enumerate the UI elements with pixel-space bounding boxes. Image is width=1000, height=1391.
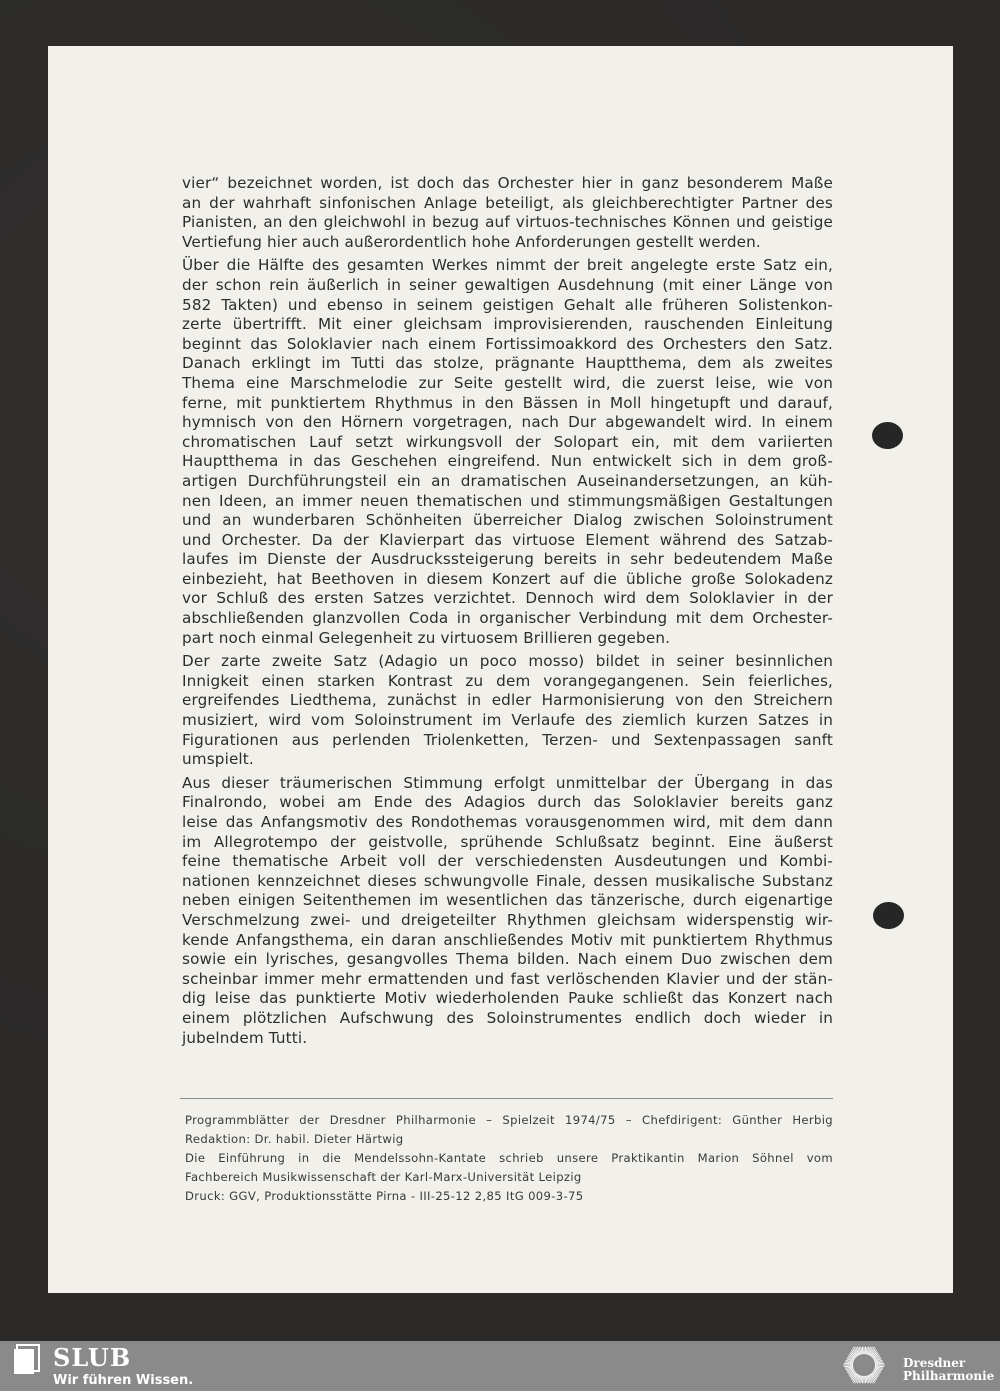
text-line: ferne, mit punktiertem Rhythmus in den B… [182, 394, 833, 414]
text-line: beginnt das Soloklavier nach einem Forti… [182, 335, 833, 355]
text-line: vor Schluß des ersten Satzes verzichtet.… [182, 589, 833, 609]
colophon-line: Fachbereich Musikwissenschaft der Karl-M… [185, 1168, 833, 1187]
text-line: scheinbar immer mehr ermattenden und fas… [182, 970, 833, 990]
dresdner-philharmonie-logo-text[interactable]: Dresdner Philharmonie [903, 1357, 994, 1383]
text-line: feine thematische Arbeit voll der versch… [182, 852, 833, 872]
text-line: Hauptthema in das Geschehen eingreifend.… [182, 452, 833, 472]
sunburst-hexagon-icon [840, 1341, 888, 1389]
text-line: Der zarte zweite Satz (Adagio un poco mo… [182, 652, 833, 672]
text-line: sowie ein lyrisches, gesangvolles Thema … [182, 950, 833, 970]
text-line: jubelndem Tutti. [182, 1029, 833, 1049]
paragraph: Über die Hälfte des gesamten Werkes nimm… [182, 256, 833, 648]
text-line: umspielt. [182, 750, 833, 770]
logo-line-2: Philharmonie [903, 1370, 994, 1383]
text-line: abschließenden glanzvollen Coda in organ… [182, 609, 833, 629]
paragraph: Der zarte zweite Satz (Adagio un poco mo… [182, 652, 833, 770]
text-line: und Orchester. Da der Klavierpart das vi… [182, 531, 833, 551]
text-line: leise das Anfangsmotiv des Rondothemas v… [182, 813, 833, 833]
punch-hole [872, 422, 903, 449]
colophon-line: Druck: GGV, Produktionsstätte Pirna - II… [185, 1187, 833, 1206]
colophon-line: Die Einführung in die Mendelssohn-Kantat… [185, 1149, 833, 1168]
slub-tagline: Wir führen Wissen. [53, 1373, 193, 1389]
article-body: vier“ bezeichnet worden, ist doch das Or… [182, 174, 833, 1052]
text-line: der schon rein äußerlich in seiner gewal… [182, 276, 833, 296]
text-line: hymnisch von den Hörnern vorgetragen, na… [182, 413, 833, 433]
footer-divider [180, 1098, 833, 1099]
text-line: Figurationen aus perlenden Triolenketten… [182, 731, 833, 751]
slub-logo-text[interactable]: SLUB [53, 1344, 131, 1372]
text-line: neben einigen Seitenthemen im wesentlich… [182, 891, 833, 911]
book-icon [14, 1344, 42, 1374]
text-line: part noch einmal Gelegenheit zu virtuose… [182, 629, 833, 649]
text-line: im Allegrotempo der geistvolle, sprühend… [182, 833, 833, 853]
text-line: zerte übertrifft. Mit einer gleichsam im… [182, 315, 833, 335]
paragraph: Aus dieser träumerischen Stimmung erfolg… [182, 774, 833, 1048]
text-line: Über die Hälfte des gesamten Werkes nimm… [182, 256, 833, 276]
text-line: kende Anfangsthema, ein daran anschließe… [182, 931, 833, 951]
punch-hole [873, 902, 904, 929]
text-line: dig leise das punktierte Motiv wiederhol… [182, 989, 833, 1009]
text-line: und an wunderbaren Schönheiten überreich… [182, 511, 833, 531]
text-line: artigen Durchführungsteil ein an dramati… [182, 472, 833, 492]
text-line: laufes im Dienste der Ausdruckssteigerun… [182, 550, 833, 570]
text-line: Thema eine Marschmelodie zur Seite geste… [182, 374, 833, 394]
text-line: 582 Takten) und ebenso in seinem geistig… [182, 296, 833, 316]
text-line: nationen kennzeichnet dieses schwungvoll… [182, 872, 833, 892]
colophon: Programmblätter der Dresdner Philharmoni… [185, 1111, 833, 1206]
text-line: Pianisten, an den gleichwohl in bezug au… [182, 213, 833, 233]
text-line: Innigkeit einen starken Kontrast zu dem … [182, 672, 833, 692]
text-line: Verschmelzung zwei- und dreigeteilter Rh… [182, 911, 833, 931]
text-line: musiziert, wird vom Soloinstrument im Ve… [182, 711, 833, 731]
colophon-line: Programmblätter der Dresdner Philharmoni… [185, 1111, 833, 1130]
text-line: Vertiefung hier auch außerordentlich hoh… [182, 233, 833, 253]
text-line: an der wahrhaft sinfonischen Anlage bete… [182, 194, 833, 214]
text-line: einem plötzlichen Aufschwung des Soloins… [182, 1009, 833, 1029]
text-line: Finalrondo, wobei am Ende des Adagios du… [182, 793, 833, 813]
text-line: vier“ bezeichnet worden, ist doch das Or… [182, 174, 833, 194]
text-line: einbezieht, hat Beethoven in diesem Konz… [182, 570, 833, 590]
text-line: nen Ideen, an immer neuen thematischen u… [182, 492, 833, 512]
text-line: Danach erklingt im Tutti das stolze, prä… [182, 354, 833, 374]
text-line: chromatischen Lauf setzt wirkungsvoll de… [182, 433, 833, 453]
colophon-line: Redaktion: Dr. habil. Dieter Härtwig [185, 1130, 833, 1149]
paragraph: vier“ bezeichnet worden, ist doch das Or… [182, 174, 833, 252]
text-line: Aus dieser träumerischen Stimmung erfolg… [182, 774, 833, 794]
text-line: ergreifendes Liedthema, zunächst in edle… [182, 691, 833, 711]
